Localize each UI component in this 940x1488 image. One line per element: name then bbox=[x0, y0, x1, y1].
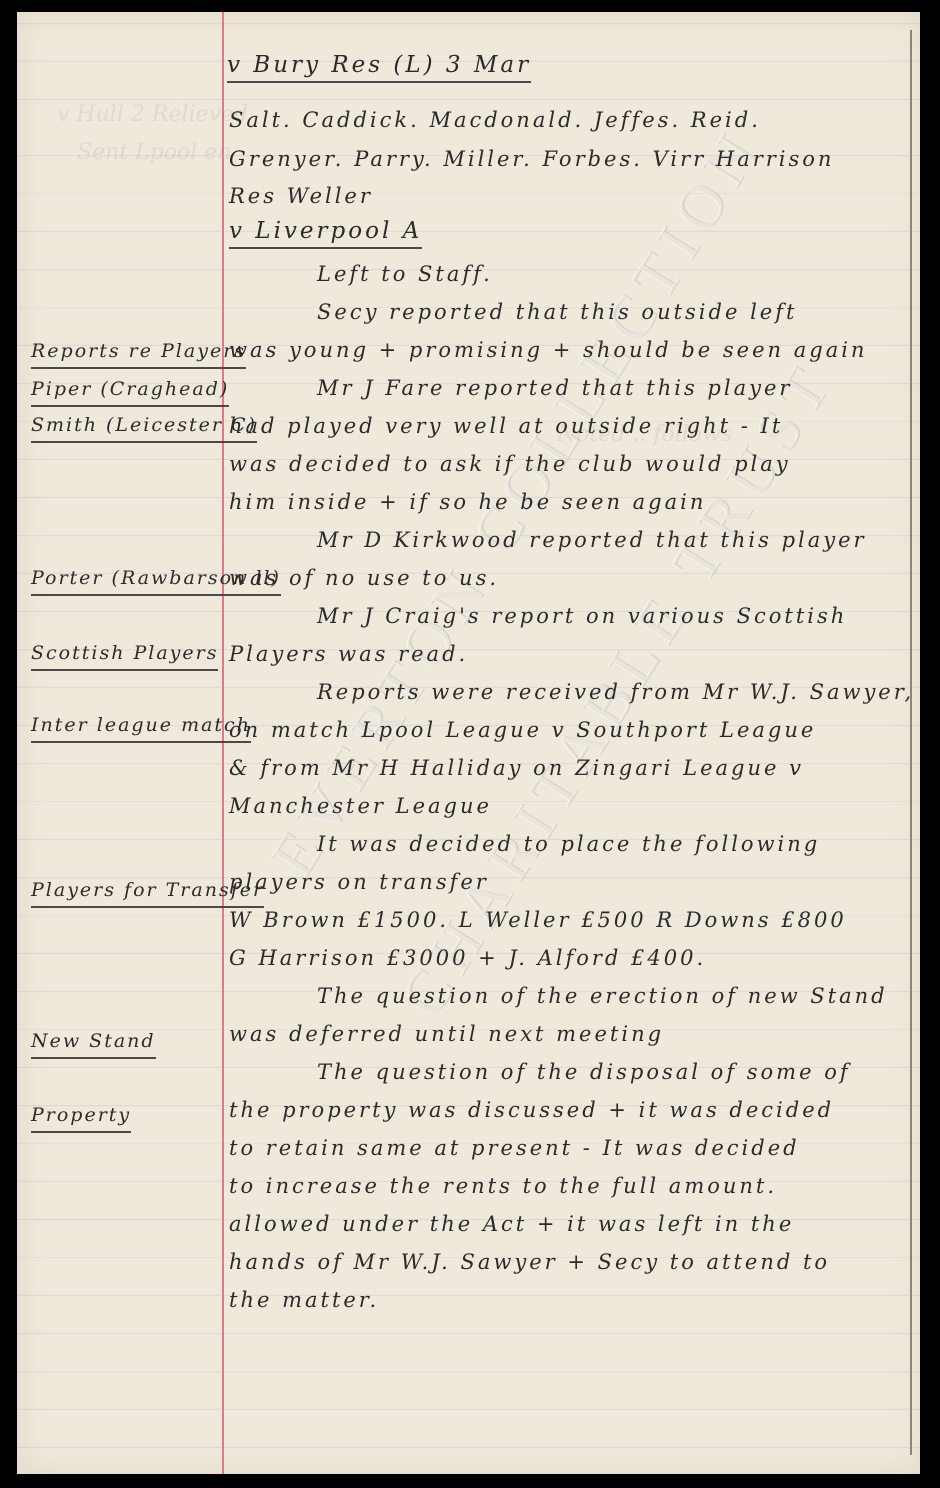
show-through-text: Sent Lpool en bbox=[77, 140, 232, 165]
minute-line: It was decided to place the following bbox=[317, 834, 820, 855]
margin-heading-interleague: Inter league match bbox=[31, 714, 251, 743]
page-edge bbox=[910, 30, 912, 1455]
minute-line: Mr J Craig's report on various Scottish bbox=[317, 606, 847, 627]
minute-line: him inside + if so he be seen again bbox=[229, 492, 706, 513]
margin-heading-newstand: New Stand bbox=[31, 1030, 156, 1059]
margin-heading-scottish: Scottish Players bbox=[31, 642, 218, 671]
minute-line: The question of the disposal of some of bbox=[317, 1062, 851, 1083]
team-line: Grenyer. Parry. Miller. Forbes. Virr Har… bbox=[229, 149, 834, 170]
margin-rule bbox=[222, 12, 224, 1474]
show-through-text: v Hull 2 Relieved bbox=[57, 102, 248, 127]
minute-line: Reports were received from Mr W.J. Sawye… bbox=[317, 682, 914, 703]
minute-line: the matter. bbox=[229, 1290, 379, 1311]
minute-line: allowed under the Act + it was left in t… bbox=[229, 1214, 794, 1235]
ledger-page: v Hull 2 Relieved Sent Lpool en Noted ..… bbox=[17, 12, 922, 1474]
minute-line: The question of the erection of new Stan… bbox=[317, 986, 888, 1007]
margin-heading-smith: Smith (Leicester C) bbox=[31, 414, 257, 443]
minute-line: Manchester League bbox=[229, 796, 492, 817]
minute-line: Left to Staff. bbox=[317, 264, 493, 285]
minute-line: had played very well at outside right - … bbox=[229, 416, 783, 437]
fixture-heading: v Bury Res (L) 3 Mar bbox=[227, 54, 531, 83]
margin-heading-reports: Reports re Players bbox=[31, 340, 246, 369]
minute-line: players on transfer bbox=[229, 872, 489, 893]
minute-line: was decided to ask if the club would pla… bbox=[229, 454, 791, 475]
minute-line: on match Lpool League v Southport League bbox=[229, 720, 816, 741]
minute-line: to increase the rents to the full amount… bbox=[229, 1176, 777, 1197]
scan-border bbox=[920, 12, 940, 1474]
minute-line: was of no use to us. bbox=[229, 568, 499, 589]
transfer-list-line: G Harrison £3000 + J. Alford £400. bbox=[229, 948, 706, 969]
reserve-line: Res Weller bbox=[229, 186, 373, 207]
minute-line: to retain same at present - It was decid… bbox=[229, 1138, 800, 1159]
minute-line: hands of Mr W.J. Sawyer + Secy to attend… bbox=[229, 1252, 830, 1273]
margin-heading-property: Property bbox=[31, 1104, 131, 1133]
minute-line: was deferred until next meeting bbox=[229, 1024, 664, 1045]
minute-line: Mr D Kirkwood reported that this player bbox=[317, 530, 867, 551]
minute-line: was young + promising + should be seen a… bbox=[229, 340, 867, 361]
minute-line: Secy reported that this outside left bbox=[317, 302, 797, 323]
minute-line: Mr J Fare reported that this player bbox=[317, 378, 792, 399]
minute-line: the property was discussed + it was deci… bbox=[229, 1100, 834, 1121]
margin-heading-piper: Piper (Craghead) bbox=[31, 378, 229, 407]
minute-line: & from Mr H Halliday on Zingari League v bbox=[229, 758, 804, 779]
transfer-list-line: W Brown £1500. L Weller £500 R Downs £80… bbox=[229, 910, 847, 931]
team-line: Salt. Caddick. Macdonald. Jeffes. Reid. bbox=[229, 110, 761, 131]
fixture-heading: v Liverpool A bbox=[229, 220, 422, 249]
minute-line: Players was read. bbox=[229, 644, 468, 665]
